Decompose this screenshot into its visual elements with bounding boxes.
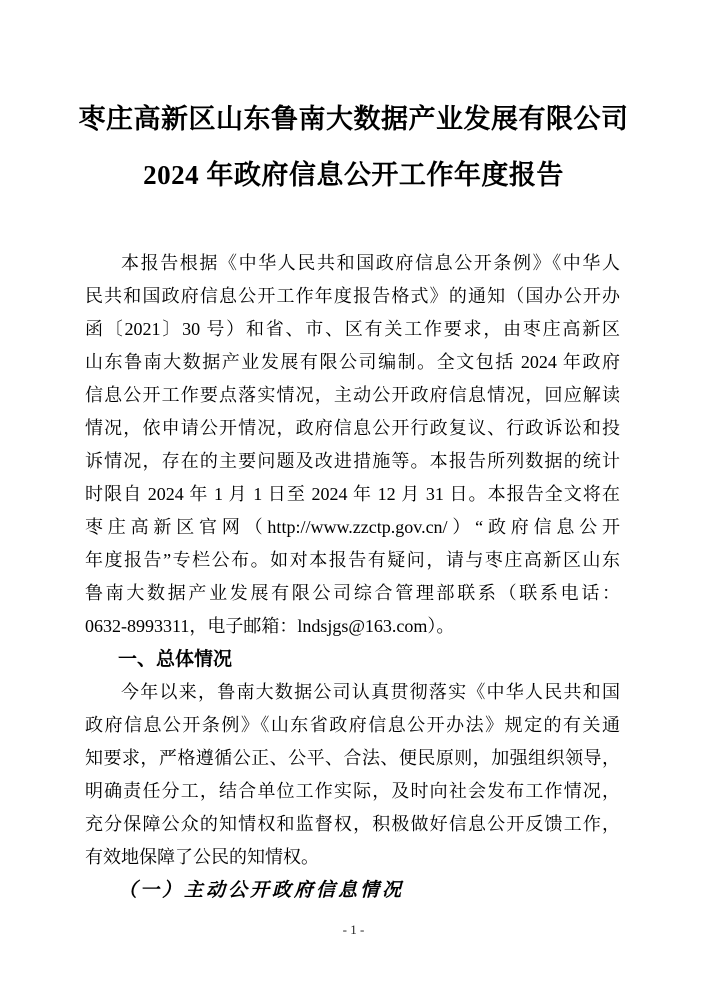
section-heading: 一、总体情况 [85, 643, 620, 676]
body-line: 明确责任分工，结合单位工作实际，及时向社会发布工作情况， [85, 775, 620, 808]
document-page: 枣庄高新区山东鲁南大数据产业发展有限公司 2024 年政府信息公开工作年度报告 … [0, 0, 707, 999]
document-body: 本报告根据《中华人民共和国政府信息公开条例》《中华人 民共和国政府信息公开工作年… [85, 247, 620, 907]
body-line: 枣庄高新区官网（http://www.zzctp.gov.cn/）“政府信息公开 [85, 511, 620, 544]
title-line-2: 2024 年政府信息公开工作年度报告 [0, 157, 707, 193]
body-line: 年度报告”专栏公布。如对本报告有疑问，请与枣庄高新区山东 [85, 544, 620, 577]
body-line: 信息公开工作要点落实情况，主动公开政府信息情况，回应解读 [85, 379, 620, 412]
body-line: 情况，依申请公开情况，政府信息公开行政复议、行政诉讼和投 [85, 412, 620, 445]
body-line: 充分保障公众的知情权和监督权，积极做好信息公开反馈工作， [85, 808, 620, 841]
page-number: - 1 - [0, 922, 707, 938]
body-line: 函〔2021〕30 号）和省、市、区有关工作要求，由枣庄高新区 [85, 313, 620, 346]
body-line: 民共和国政府信息公开工作年度报告格式》的通知（国办公开办 [85, 280, 620, 313]
body-line: 有效地保障了公民的知情权。 [85, 841, 620, 874]
body-line: 政府信息公开条例》《山东省政府信息公开办法》规定的有关通 [85, 709, 620, 742]
body-line: 鲁南大数据产业发展有限公司综合管理部联系（联系电话： [85, 577, 620, 610]
body-line: 本报告根据《中华人民共和国政府信息公开条例》《中华人 [85, 247, 620, 280]
body-line: 山东鲁南大数据产业发展有限公司编制。全文包括 2024 年政府 [85, 346, 620, 379]
body-line: 今年以来，鲁南大数据公司认真贯彻落实《中华人民共和国 [85, 676, 620, 709]
body-line: 0632-8993311，电子邮箱：lndsjgs@163.com）。 [85, 610, 620, 643]
subsection-heading: （一）主动公开政府信息情况 [85, 874, 620, 907]
title-line-1: 枣庄高新区山东鲁南大数据产业发展有限公司 [0, 101, 707, 137]
body-line: 诉情况，存在的主要问题及改进措施等。本报告所列数据的统计 [85, 445, 620, 478]
body-line: 知要求，严格遵循公正、公平、合法、便民原则，加强组织领导， [85, 742, 620, 775]
document-title: 枣庄高新区山东鲁南大数据产业发展有限公司 2024 年政府信息公开工作年度报告 [0, 101, 707, 193]
body-line: 时限自 2024 年 1 月 1 日至 2024 年 12 月 31 日。本报告… [85, 478, 620, 511]
